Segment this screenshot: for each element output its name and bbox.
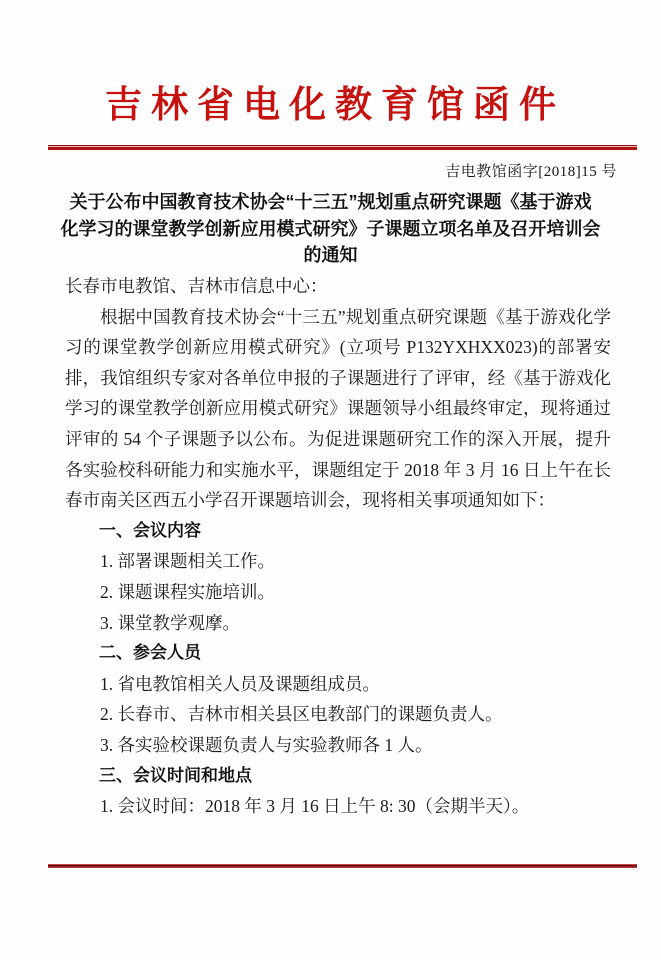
footer-divider-rule <box>48 864 637 868</box>
notice-title: 关于公布中国教育技术协会“十三五”规划重点研究课题《基于游戏 化学习的课堂教学创… <box>52 189 609 269</box>
scanned-official-letter-page: 吉林省电化教育馆函件 吉电教馆函字[2018]15 号 关于公布中国教育技术协会… <box>0 0 661 960</box>
letterhead-title: 吉林省电化教育馆函件 <box>0 74 661 128</box>
notice-title-line-3: 的通知 <box>52 242 609 269</box>
list-item: 1. 省电教馆相关人员及课题组成员。 <box>65 669 611 700</box>
header-divider-rule <box>48 145 637 150</box>
list-item: 2. 课题课程实施培训。 <box>65 577 611 608</box>
list-item: 3. 课堂教学观摩。 <box>65 608 611 639</box>
list-item: 2. 长春市、吉林市相关县区电教部门的课题负责人。 <box>65 699 611 730</box>
section-heading-time-and-place: 三、会议时间和地点 <box>65 761 611 792</box>
section-heading-meeting-content: 一、会议内容 <box>65 516 611 547</box>
salutation: 长春市电教馆、吉林市信息中心： <box>65 271 611 302</box>
notice-title-line-1: 关于公布中国教育技术协会“十三五”规划重点研究课题《基于游戏 <box>52 189 609 216</box>
body-paragraph: 根据中国教育技术协会“十三五”规划重点研究课题《基于游戏化学习的课堂教学创新应用… <box>65 302 611 516</box>
section-heading-attendees: 二、参会人员 <box>65 638 611 669</box>
notice-title-line-2: 化学习的课堂教学创新应用模式研究》子课题立项名单及召开培训会 <box>52 216 609 243</box>
document-reference-number: 吉电教馆函字[2018]15 号 <box>445 160 617 181</box>
list-item: 3. 各实验校课题负责人与实验教师各 1 人。 <box>65 730 611 761</box>
list-item: 1. 部署课题相关工作。 <box>65 546 611 577</box>
list-item: 1. 会议时间：2018 年 3 月 16 日上午 8: 30（会期半天）。 <box>65 791 611 822</box>
letter-body: 长春市电教馆、吉林市信息中心： 根据中国教育技术协会“十三五”规划重点研究课题《… <box>65 271 611 822</box>
